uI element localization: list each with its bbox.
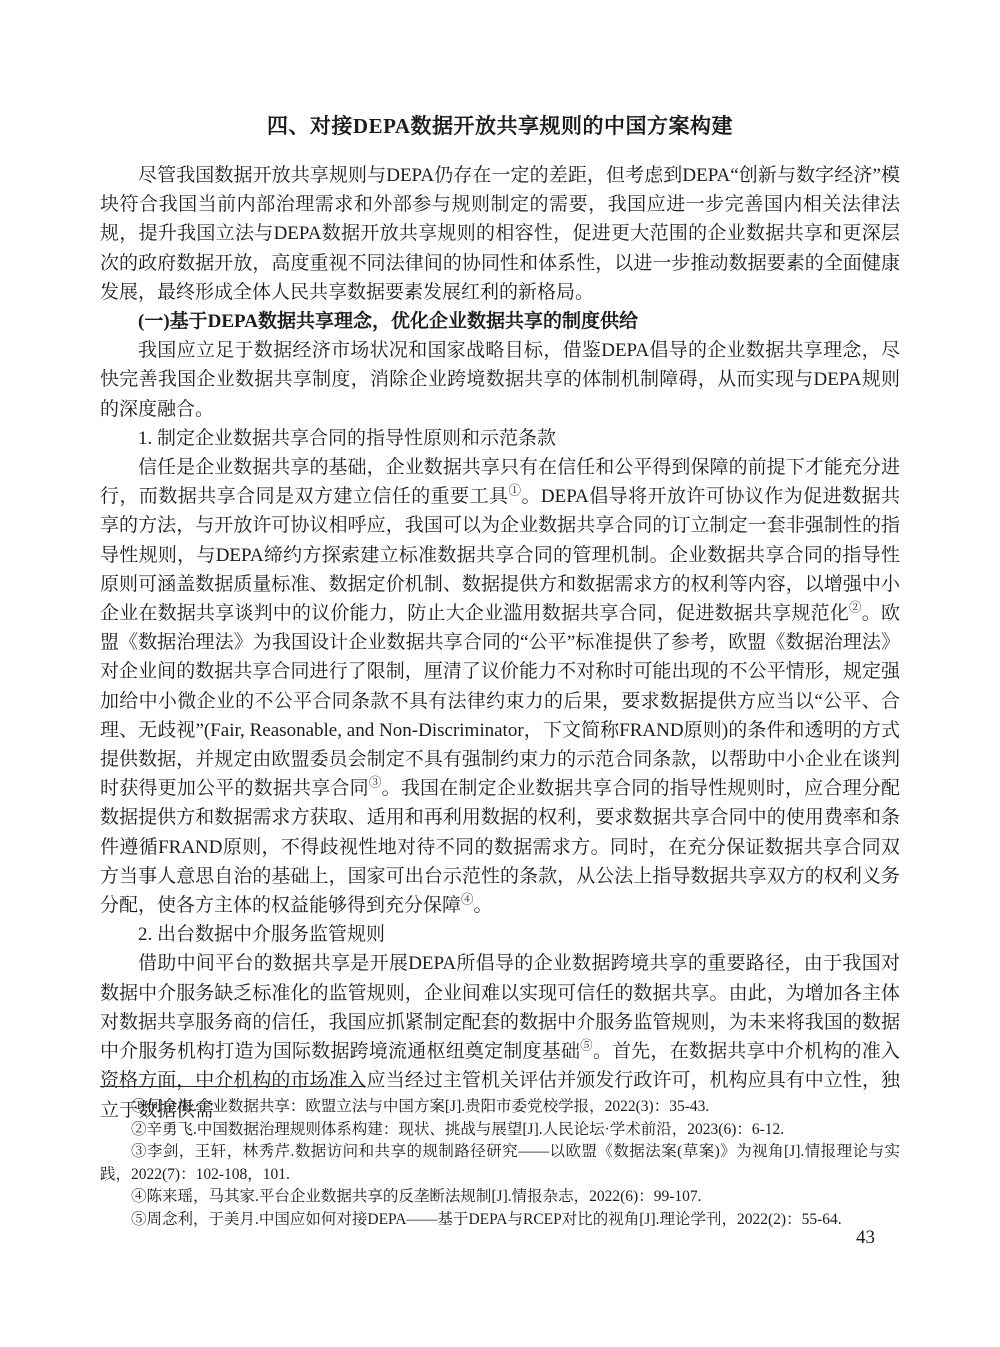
footnote-item: ③李剑，王轩，林秀芹.数据访问和共享的规制路径研究——以欧盟《数据法案(草案)》…: [100, 1141, 900, 1186]
footnote-item: ⑤周念利，于美月.中国应如何对接DEPA——基于DEPA与RCEP对比的视角[J…: [100, 1209, 900, 1232]
footnote-divider: [100, 1086, 365, 1087]
footnote-marker: ⑤: [131, 1211, 147, 1228]
contract-paragraph: 信任是企业数据共享的基础，企业数据共享只有在信任和公平得到保障的前提下才能充分进…: [100, 453, 900, 920]
footnote-ref-3: ③: [369, 776, 382, 790]
footnote-text: 何金海.企业数据共享：欧盟立法与中国方案[J].贵阳市委党校学报，2022(3)…: [147, 1098, 710, 1115]
footnote-ref-4: ④: [461, 893, 474, 907]
footnote-area: ①何金海.企业数据共享：欧盟立法与中国方案[J].贵阳市委党校学报，2022(3…: [100, 1086, 900, 1231]
footnote-ref-5: ⑤: [580, 1039, 593, 1053]
intro-paragraph: 尽管我国数据开放共享规则与DEPA仍存在一定的差距，但考虑到DEPA“创新与数字…: [100, 161, 900, 307]
paragraph-text: 。欧盟《数据治理法》为我国设计企业数据共享合同的“公平”标准提供了参考，欧盟《数…: [100, 603, 900, 799]
subsection-heading-1: 1. 制定企业数据共享合同的指导性原则和示范条款: [100, 424, 900, 453]
article-body: 四、对接DEPA数据开放共享规则的中国方案构建 尽管我国数据开放共享规则与DEP…: [100, 112, 900, 1125]
page-title: 四、对接DEPA数据开放共享规则的中国方案构建: [100, 112, 900, 141]
subsection-heading-2: 2. 出台数据中介服务监管规则: [100, 920, 900, 949]
footnote-text: 李剑，王轩，林秀芹.数据访问和共享的规制路径研究——以欧盟《数据法案(草案)》为…: [100, 1143, 900, 1183]
footnote-text: 陈来瑶，马其家.平台企业数据共享的反垄断法规制[J].情报杂志，2022(6)：…: [147, 1188, 702, 1205]
footnote-ref-1: ①: [508, 484, 521, 498]
document-page: 四、对接DEPA数据开放共享规则的中国方案构建 尽管我国数据开放共享规则与DEP…: [0, 0, 1000, 1347]
paragraph-text: 。: [474, 895, 493, 916]
footnote-ref-2: ②: [849, 601, 862, 615]
page-number: 43: [856, 1226, 875, 1250]
section-heading-1: (一)基于DEPA数据共享理念，优化企业数据共享的制度供给: [100, 307, 900, 336]
footnote-marker: ③: [131, 1143, 147, 1160]
footnote-item: ④陈来瑶，马其家.平台企业数据共享的反垄断法规制[J].情报杂志，2022(6)…: [100, 1186, 900, 1209]
section1-lead-paragraph: 我国应立足于数据经济市场状况和国家战略目标，借鉴DEPA倡导的企业数据共享理念，…: [100, 336, 900, 424]
footnote-text: 辛勇飞.中国数据治理规则体系构建：现状、挑战与展望[J].人民论坛·学术前沿，2…: [147, 1121, 785, 1138]
footnote-marker: ④: [131, 1188, 147, 1205]
footnote-text: 周念利，于美月.中国应如何对接DEPA——基于DEPA与RCEP对比的视角[J]…: [147, 1211, 842, 1228]
footnote-marker: ②: [131, 1121, 147, 1138]
footnote-marker: ①: [131, 1098, 147, 1115]
footnote-item: ②辛勇飞.中国数据治理规则体系构建：现状、挑战与展望[J].人民论坛·学术前沿，…: [100, 1119, 900, 1142]
footnote-item: ①何金海.企业数据共享：欧盟立法与中国方案[J].贵阳市委党校学报，2022(3…: [100, 1096, 900, 1119]
